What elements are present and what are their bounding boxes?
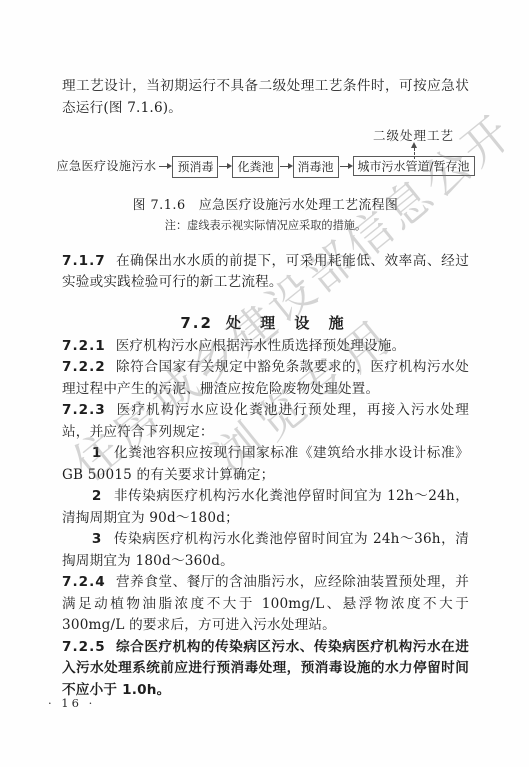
subitem-text: 非传染病医疗机构污水化粪池停留时间宜为 12h～24h，清掏周期宜为 90d～1…	[62, 488, 469, 526]
subitem-3: 3传染病医疗机构污水化粪池停留时间宜为 24h～36h，清掏周期宜为 180d～…	[62, 529, 469, 572]
figure-7-1-6: 应急医疗设施污水 预消毒 化粪池 消毒池 二级处理工艺 城市污水管道/暂存池 图…	[62, 156, 469, 233]
flow-box-septic-tank: 化粪池	[232, 156, 278, 178]
intro-paragraph: 理工艺设计，当初期运行不具备二级处理工艺条件时，可按应急状态运行(图 7.1.6…	[62, 76, 469, 119]
clause-7-1-7: 7.1.7在确保出水水质的前提下，可采用耗能低、效率高、经过实验或实践检验可行的…	[62, 251, 469, 294]
flow-source-label: 应急医疗设施污水	[56, 159, 156, 174]
flow-arrow-icon	[218, 163, 232, 171]
document-page: 理工艺设计，当初期运行不具备二级处理工艺条件时，可按应急状态运行(图 7.1.6…	[0, 0, 529, 767]
subitem-text: 化粪池容积应按现行国家标准《建筑给水排水设计标准》GB 50015 的有关要求计…	[62, 445, 469, 483]
flow-box-predisinfection: 预消毒	[172, 156, 218, 178]
dashed-up-arrow-icon	[414, 144, 415, 159]
figure-caption: 图 7.1.6 应急医疗设施污水处理工艺流程图	[62, 194, 469, 213]
clause-number: 7.2.5	[62, 639, 106, 655]
clause-text: 医疗机构污水应根据污水性质选择预处理设施。	[116, 338, 406, 354]
clause-text: 医疗机构污水应设化粪池进行预处理，再接入污水处理站，并应符合下列规定：	[62, 402, 469, 440]
figure-note: 注：虚线表示视实际情况应采取的措施。	[62, 217, 469, 233]
subitem-text: 传染病医疗机构污水化粪池停留时间宜为 24h～36h，清掏周期宜为 180d～3…	[62, 531, 469, 569]
clause-7-2-4: 7.2.4营养食堂、餐厅的含油脂污水，应经除油装置预处理，并满足动植物油脂浓度不…	[62, 572, 469, 637]
clause-7-2-1: 7.2.1医疗机构污水应根据污水性质选择预处理设施。	[62, 336, 469, 358]
flow-box-disinfection-tank: 消毒池	[293, 156, 339, 178]
flow-arrow-icon	[158, 163, 172, 171]
flowchart: 应急医疗设施污水 预消毒 化粪池 消毒池 二级处理工艺 城市污水管道/暂存池	[62, 156, 469, 178]
flow-arrow-icon	[339, 163, 353, 171]
section-heading-7-2: 7.2处 理 设 施	[62, 312, 469, 333]
clause-number: 7.1.7	[62, 253, 106, 269]
clause-number: 7.2.3	[62, 402, 106, 418]
subitem-1: 1化粪池容积应按现行国家标准《建筑给水排水设计标准》GB 50015 的有关要求…	[62, 443, 469, 486]
subitem-number: 3	[92, 531, 102, 547]
clause-number: 7.2.1	[62, 338, 106, 354]
flow-secondary-label: 二级处理工艺	[373, 128, 454, 144]
section-number: 7.2	[180, 314, 213, 332]
clause-text: 综合医疗机构的传染病区污水、传染病医疗机构污水在进入污水处理系统前应进行预消毒处…	[62, 639, 469, 698]
subitem-number: 2	[92, 488, 102, 504]
flow-arrow-icon	[279, 163, 293, 171]
clause-number: 7.2.2	[62, 359, 106, 375]
subitem-2: 2非传染病医疗机构污水化粪池停留时间宜为 12h～24h，清掏周期宜为 90d～…	[62, 486, 469, 529]
clause-7-2-3: 7.2.3医疗机构污水应设化粪池进行预处理，再接入污水处理站，并应符合下列规定：	[62, 400, 469, 443]
clause-text: 营养食堂、餐厅的含油脂污水，应经除油装置预处理，并满足动植物油脂浓度不大于 10…	[62, 574, 469, 633]
clause-7-2-2: 7.2.2除符合国家有关规定中豁免条款要求的，医疗机构污水处理过程中产生的污泥、…	[62, 357, 469, 400]
clause-text: 除符合国家有关规定中豁免条款要求的，医疗机构污水处理过程中产生的污泥、栅渣应按危…	[62, 359, 469, 397]
subitem-number: 1	[92, 445, 102, 461]
flow-last-box-wrap: 二级处理工艺 城市污水管道/暂存池	[353, 159, 475, 174]
page-content: 理工艺设计，当初期运行不具备二级处理工艺条件时，可按应急状态运行(图 7.1.6…	[62, 76, 469, 701]
clause-7-2-5: 7.2.5综合医疗机构的传染病区污水、传染病医疗机构污水在进入污水处理系统前应进…	[62, 637, 469, 702]
clause-number: 7.2.4	[62, 574, 106, 590]
section-title: 处 理 设 施	[226, 314, 351, 332]
clause-text: 在确保出水水质的前提下，可采用耗能低、效率高、经过实验或实践检验可行的新工艺流程…	[62, 253, 469, 291]
page-number: · 16 ·	[48, 696, 95, 710]
